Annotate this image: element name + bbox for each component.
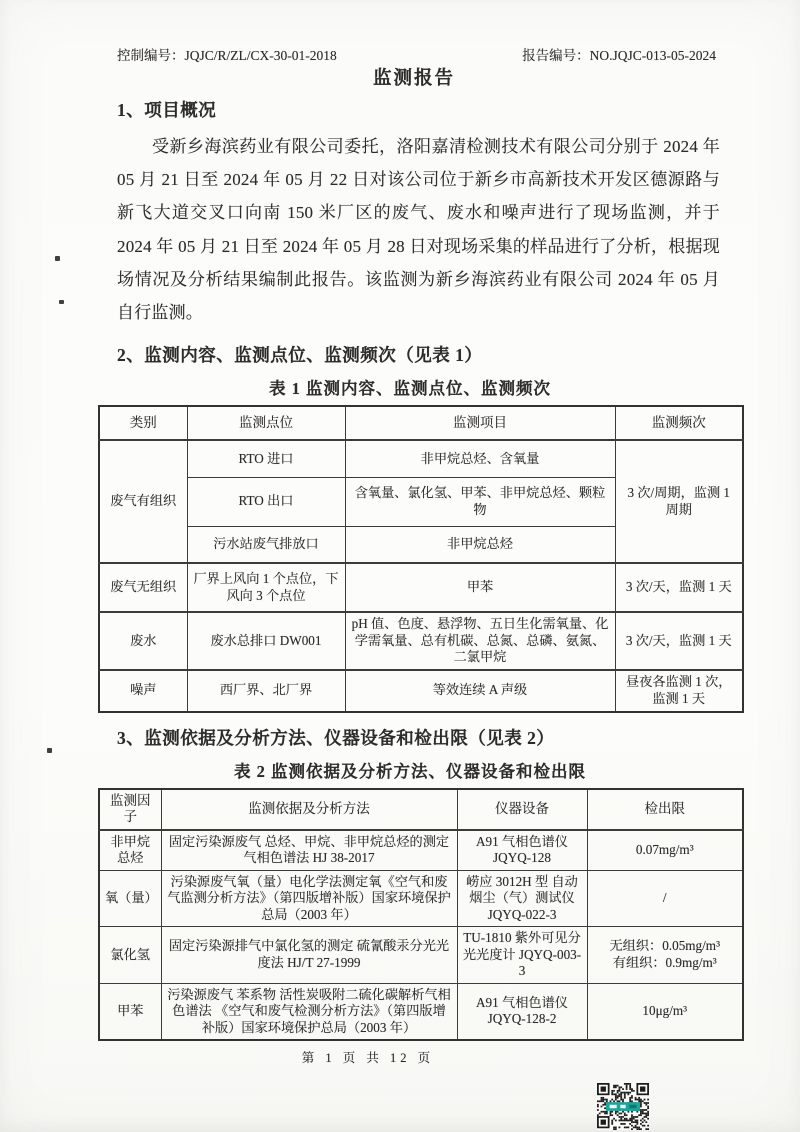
table1-header-point: 监测点位 [187, 406, 345, 440]
table2-cell-instrument: TU-1810 紫外可见分光光度计 JQYQ-003-3 [457, 927, 587, 984]
table1-header-row: 类别 监测点位 监测项目 监测频次 [99, 406, 743, 440]
table1-caption: 表 1 监测内容、监测点位、监测频次 [60, 378, 760, 400]
table1-cell-items: 非甲烷总烃 [345, 526, 615, 563]
table1-cell-point: 西厂界、北厂界 [187, 670, 345, 712]
section3-heading: 3、监测依据及分析方法、仪器设备和检出限（见表 2） [117, 726, 720, 750]
table2-cell-instrument: A91 气相色谱仪 JQYQ-128-2 [457, 983, 587, 1040]
table2-cell-limit: / [587, 870, 743, 927]
table1-cell-point: 污水站废气排放口 [187, 526, 345, 563]
table2-cell-limit: 10μg/m³ [587, 983, 743, 1040]
table2-cell-limit: 0.07mg/m³ [587, 830, 743, 871]
table2-cell-factor: 甲苯 [99, 983, 161, 1040]
scanned-report-page: 控制编号：JQJC/R/ZL/CX-30-01-2018 报告编号：NO.JQJ… [0, 0, 800, 1132]
table1-cell-frequency-organized: 3 次/周期，监测 1 周期 [615, 440, 743, 563]
table2-methods-instruments: 监测因子 监测依据及分析方法 仪器设备 检出限 非甲烷总烃 固定污染源废气 总烃… [98, 788, 744, 1042]
scan-speck [47, 748, 52, 753]
table2-cell-method: 污染源废气 苯系物 活性炭吸附二硫化碳解析气相色谱法 《空气和废气检测分析方法》… [161, 983, 457, 1040]
table2-cell-method: 固定污染源废气 总烃、甲烷、非甲烷总烃的测定 气相色谱法 HJ 38-2017 [161, 830, 457, 871]
table2-header-row: 监测因子 监测依据及分析方法 仪器设备 检出限 [99, 789, 743, 830]
report-number-label: 报告编号： [522, 48, 590, 63]
page-number: 第 1 页 共 12 页 [46, 1048, 690, 1066]
document-header: 控制编号：JQJC/R/ZL/CX-30-01-2018 报告编号：NO.JQJ… [117, 47, 716, 65]
table1-cell-frequency: 昼夜各监测 1 次，监测 1 天 [615, 670, 743, 712]
table1-cell-category: 噪声 [99, 670, 187, 712]
table1-row-fugitive: 废气无组织 厂界上风向 1 个点位，下风向 3 个点位 甲苯 3 次/天，监测 … [99, 563, 743, 612]
table1-cell-point: 厂界上风向 1 个点位，下风向 3 个点位 [187, 563, 345, 612]
table2-cell-factor: 氯化氢 [99, 927, 161, 984]
table2-header-limit: 检出限 [587, 789, 743, 830]
table1-cell-point: RTO 出口 [187, 477, 345, 526]
table2-cell-instrument: 崂应 3012H 型 自动烟尘（气）测试仪 JQYQ-022-3 [457, 870, 587, 927]
table1-cell-frequency: 3 次/天，监测 1 天 [615, 563, 743, 612]
table1-header-items: 监测项目 [345, 406, 615, 440]
table2-header-factor: 监测因子 [99, 789, 161, 830]
control-number-value: JQJC/R/ZL/CX-30-01-2018 [185, 48, 337, 63]
table2-header-method: 监测依据及分析方法 [161, 789, 457, 830]
section1-paragraph: 受新乡海滨药业有限公司委托，洛阳嘉清检测技术有限公司分别于 2024 年 05 … [117, 130, 720, 329]
table1-cell-point: 废水总排口 DW001 [187, 612, 345, 670]
control-number: 控制编号：JQJC/R/ZL/CX-30-01-2018 [117, 47, 337, 65]
table2-cell-method: 污染源废气氧（量）电化学法测定氧《空气和废气监测分析方法》（第四版增补版）国家环… [161, 870, 457, 927]
table1-header-frequency: 监测频次 [615, 406, 743, 440]
table1-cell-category: 废水 [99, 612, 187, 670]
table2-cell-instrument: A91 气相色谱仪 JQYQ-128 [457, 830, 587, 871]
table1-header-category: 类别 [99, 406, 187, 440]
table1-cell-point: RTO 进口 [187, 440, 345, 477]
table1-cell-items: 含氧量、氯化氢、甲苯、非甲烷总烃、颗粒物 [345, 477, 615, 526]
table1-row-rto-inlet: 废气有组织 RTO 进口 非甲烷总烃、含氧量 3 次/周期，监测 1 周期 [99, 440, 743, 477]
table2-row-oxygen: 氧（量） 污染源废气氧（量）电化学法测定氧《空气和废气监测分析方法》（第四版增补… [99, 870, 743, 927]
table2-cell-limit: 无组织：0.05mg/m³ 有组织：0.9mg/m³ [587, 927, 743, 984]
table2-caption: 表 2 监测依据及分析方法、仪器设备和检出限 [60, 761, 760, 783]
table1-cell-category-organized: 废气有组织 [99, 440, 187, 563]
table2-cell-factor: 非甲烷总烃 [99, 830, 161, 871]
report-number-value: NO.JQJC-013-05-2024 [590, 48, 716, 63]
report-number: 报告编号：NO.JQJC-013-05-2024 [522, 47, 716, 65]
document-title: 监测报告 [28, 67, 800, 91]
table2-cell-method: 固定污染源排气中氯化氢的测定 硫氰酸汞分光光度法 HJ/T 27-1999 [161, 927, 457, 984]
table1-row-wastewater: 废水 废水总排口 DW001 pH 值、色度、悬浮物、五日生化需氧量、化学需氧量… [99, 612, 743, 670]
table1-cell-category: 废气无组织 [99, 563, 187, 612]
table2-row-hcl: 氯化氢 固定污染源排气中氯化氢的测定 硫氰酸汞分光光度法 HJ/T 27-199… [99, 927, 743, 984]
scan-speck [55, 256, 60, 261]
table1-cell-items: pH 值、色度、悬浮物、五日生化需氧量、化学需氧量、总有机碳、总氮、总磷、氨氮、… [345, 612, 615, 670]
qr-code-icon [597, 1083, 649, 1130]
section1-heading: 1、项目概况 [117, 98, 720, 122]
scan-speck [59, 300, 64, 304]
section2-heading: 2、监测内容、监测点位、监测频次（见表 1） [117, 343, 720, 367]
table1-cell-frequency: 3 次/天，监测 1 天 [615, 612, 743, 670]
table2-row-toluene: 甲苯 污染源废气 苯系物 活性炭吸附二硫化碳解析气相色谱法 《空气和废气检测分析… [99, 983, 743, 1040]
table1-monitoring-content: 类别 监测点位 监测项目 监测频次 废气有组织 RTO 进口 非甲烷总烃、含氧量… [98, 405, 744, 713]
table1-row-noise: 噪声 西厂界、北厂界 等效连续 A 声级 昼夜各监测 1 次，监测 1 天 [99, 670, 743, 712]
table1-cell-items: 甲苯 [345, 563, 615, 612]
table2-cell-factor: 氧（量） [99, 870, 161, 927]
table1-cell-items: 非甲烷总烃、含氧量 [345, 440, 615, 477]
table2-header-instrument: 仪器设备 [457, 789, 587, 830]
table2-row-nmhc: 非甲烷总烃 固定污染源废气 总烃、甲烷、非甲烷总烃的测定 气相色谱法 HJ 38… [99, 830, 743, 871]
control-number-label: 控制编号： [117, 48, 185, 63]
table1-cell-items: 等效连续 A 声级 [345, 670, 615, 712]
